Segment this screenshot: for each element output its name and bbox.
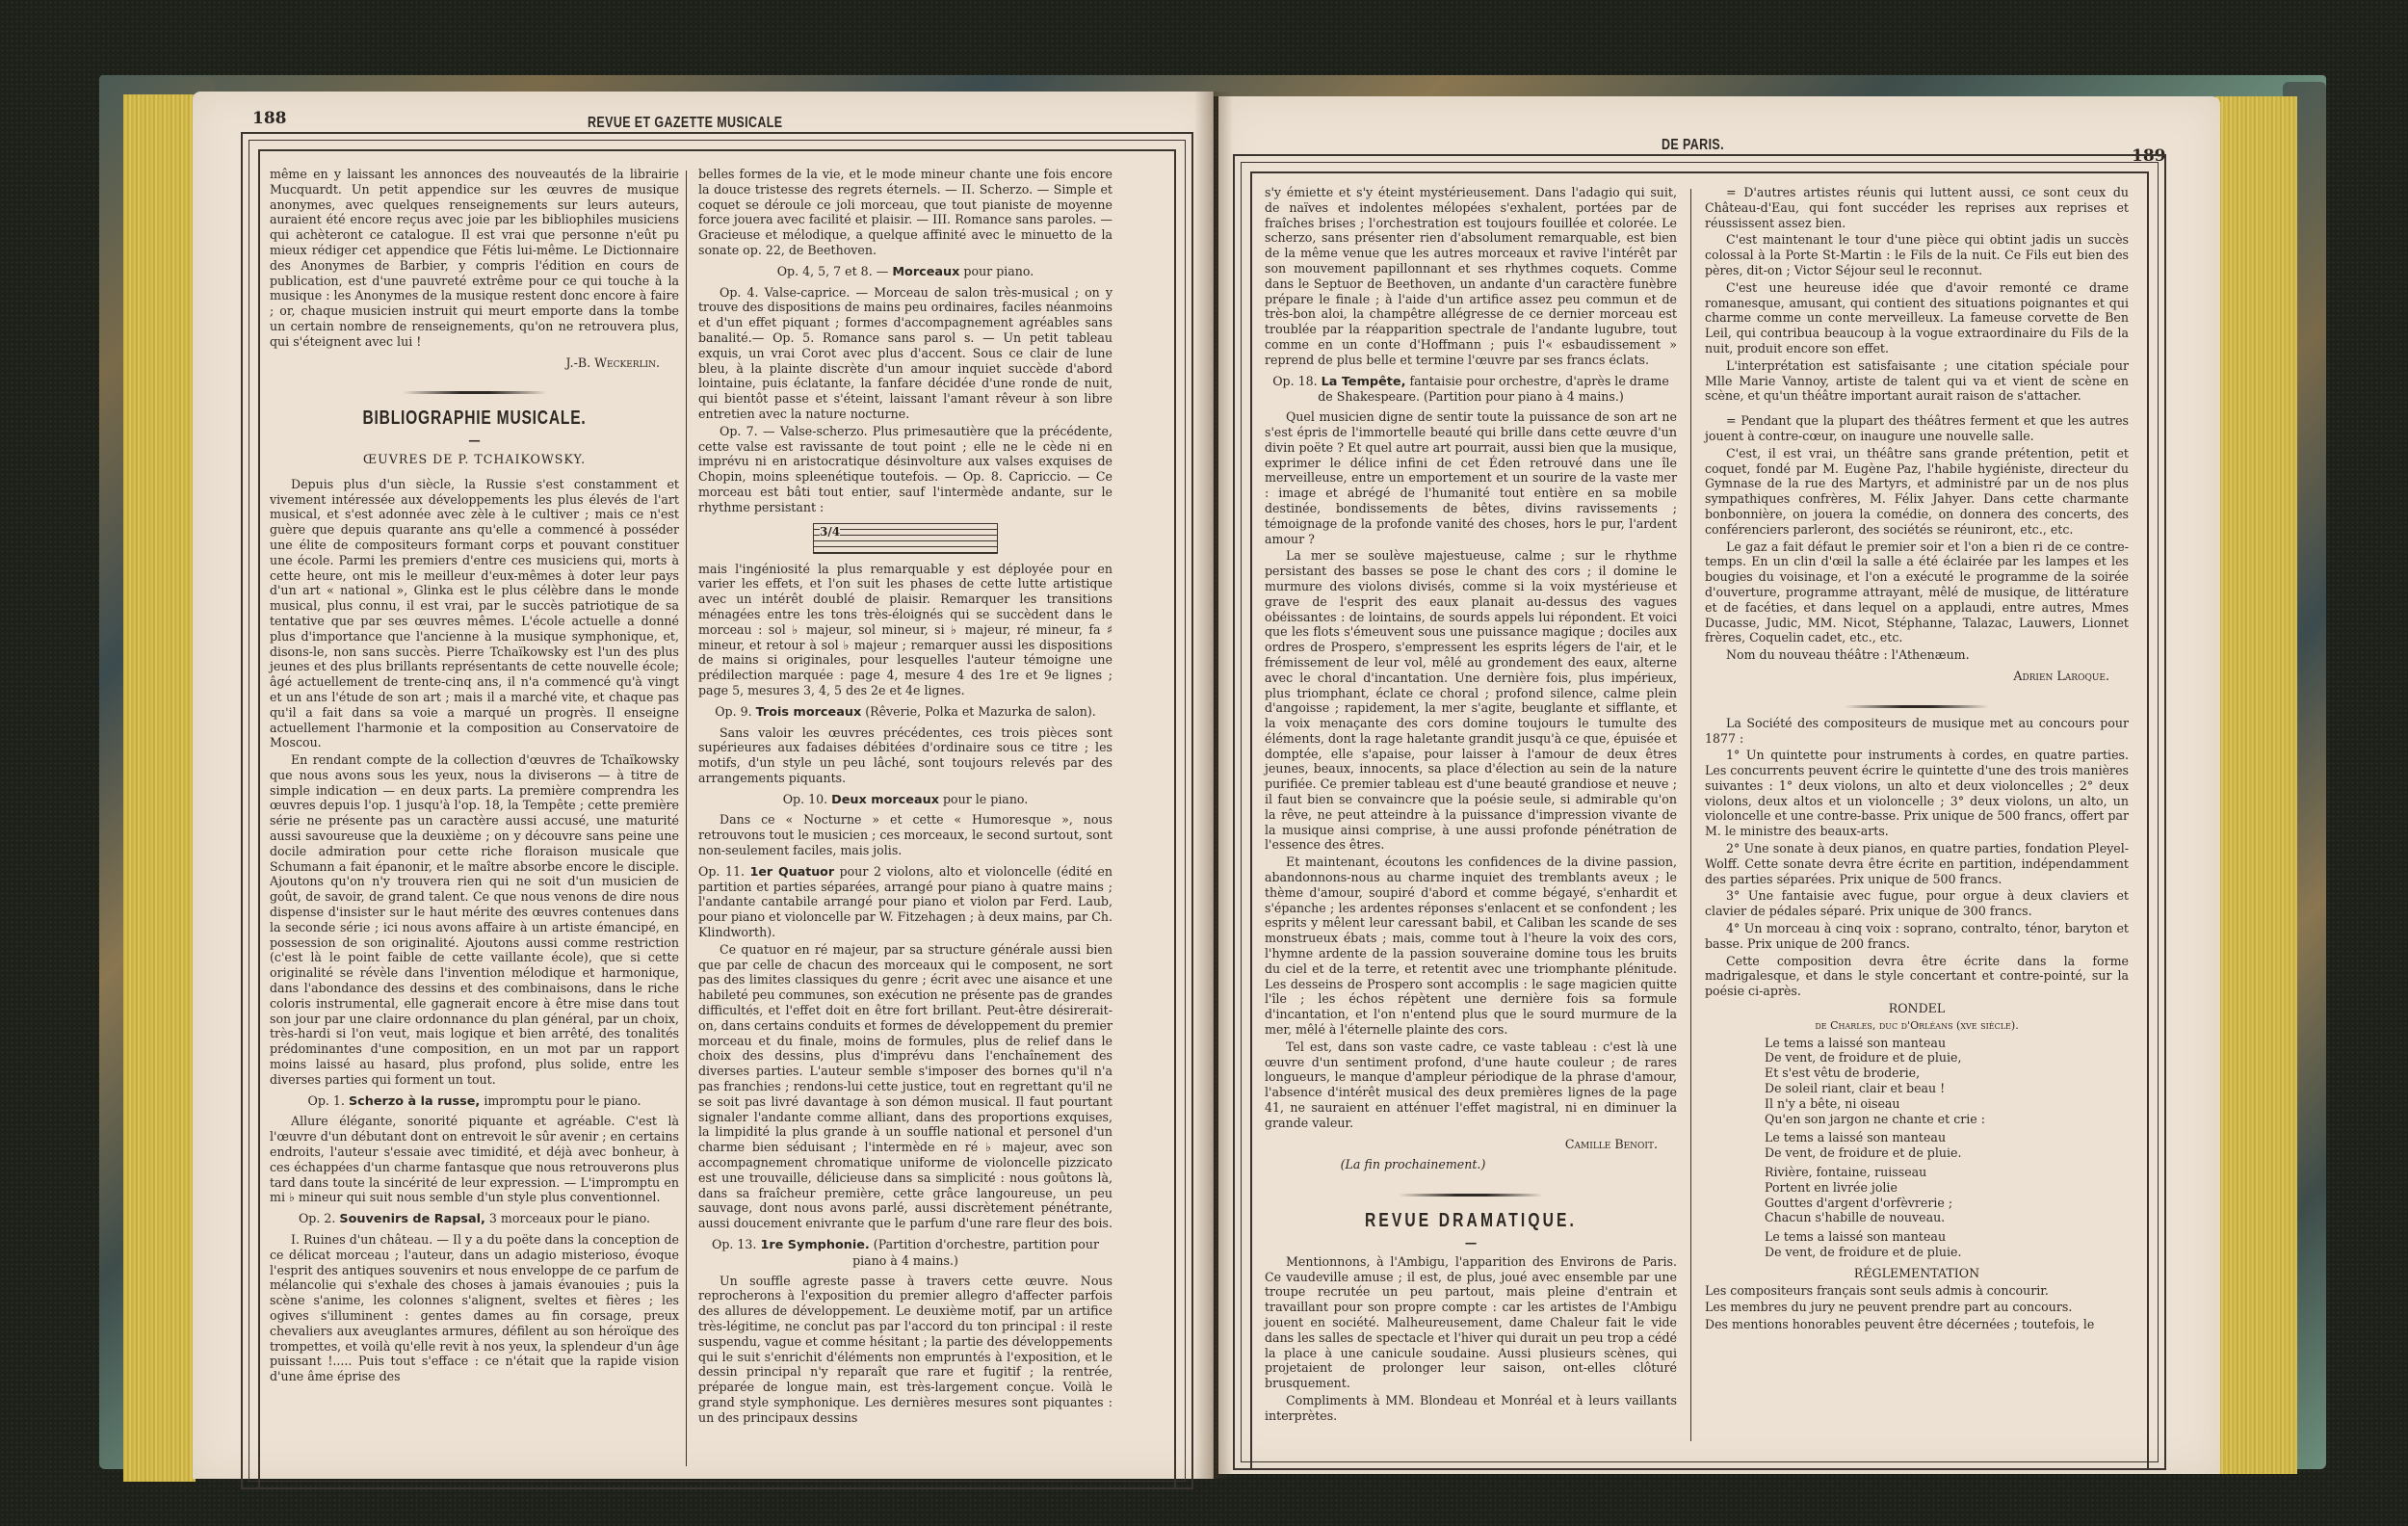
running-head: DE PARIS. — [1662, 137, 1724, 154]
section-rule — [403, 391, 547, 394]
paragraph: mais l'ingéniosité la plus remarquable y… — [698, 562, 1112, 698]
gilt-page-edge-left — [123, 94, 196, 1482]
opus-heading: Op. 9. Trois morceaux (Rêverie, Polka et… — [698, 704, 1112, 721]
paragraph: L'interprétation est satisfaisante ; une… — [1705, 358, 2129, 404]
opus-heading: Op. 2. Souvenirs de Rapsal, 3 morceaux p… — [270, 1211, 679, 1227]
section-heading: RÉGLEMENTATION — [1705, 1266, 2129, 1281]
title-dash: — — [270, 433, 679, 448]
section-rule — [1845, 705, 1989, 708]
section-title: REVUE DRAMATIQUE. — [1310, 1214, 1632, 1229]
column-rule — [686, 171, 687, 1466]
section-rule — [1399, 1194, 1543, 1197]
paragraph: 3° Une fantaisie avec fugue, pour orgue … — [1705, 888, 2129, 919]
poem-stanza: Rivière, fontaine, ruisseau Portent en l… — [1705, 1165, 2129, 1225]
paragraph: belles formes de la vie, et le mode mine… — [698, 167, 1112, 258]
paragraph: Et maintenant, écoutons les confidences … — [1265, 855, 1677, 1038]
signature: J.-B. Weckerlin. — [270, 355, 660, 371]
signature: Camille Benoit. — [1265, 1137, 1658, 1152]
paragraph: = Pendant que la plupart des théâtres fe… — [1705, 413, 2129, 444]
paragraph: Nom du nouveau théâtre : l'Athenæum. — [1705, 647, 2129, 663]
opus-heading: Op. 18. La Tempête, fantaisie pour orche… — [1265, 374, 1677, 406]
column-left-2: belles formes de la vie, et le mode mine… — [698, 167, 1112, 1428]
paragraph: 2° Une sonate à deux pianos, en quatre p… — [1705, 841, 2129, 886]
paragraph: Sans valoir les œuvres précédentes, ces … — [698, 725, 1112, 786]
paragraph: Compliments à MM. Blondeau et Monréal et… — [1265, 1393, 1677, 1424]
paragraph: Un souffle agreste passe à travers cette… — [698, 1274, 1112, 1426]
opus-heading: Op. 13. 1re Symphonie. (Partition d'orch… — [698, 1237, 1112, 1269]
paragraph: Op. 4. Valse-caprice. — Morceau de salon… — [698, 285, 1112, 422]
column-left-1: même en y laissant les annonces des nouv… — [270, 167, 679, 1386]
title-dash: — — [1265, 1235, 1677, 1250]
paragraph: = D'autres artistes réunis qui luttent a… — [1705, 185, 2129, 230]
paragraph: La mer se soulève majestueuse, calme ; s… — [1265, 548, 1677, 853]
paragraph: C'est, il est vrai, un théâtre sans gran… — [1705, 446, 2129, 538]
paragraph: s'y émiette et s'y éteint mystérieusemen… — [1265, 185, 1677, 368]
opus-heading: Op. 4, 5, 7 et 8. — Morceaux pour piano. — [698, 264, 1112, 280]
paragraph: Allure élégante, sonorité piquante et ag… — [270, 1114, 679, 1205]
book-gutter — [1194, 92, 1233, 1479]
paragraph: La Société des compositeurs de musique m… — [1705, 716, 2129, 747]
paragraph: I. Ruines d'un château. — Il y a du poët… — [270, 1232, 679, 1384]
paragraph: Le gaz a fait défaut le premier soir et … — [1705, 539, 2129, 646]
poem-stanza: Le tems a laissé son manteau De vent, de… — [1705, 1130, 2129, 1161]
opus-heading: Op. 10. Deux morceaux pour le piano. — [698, 792, 1112, 808]
paragraph: Cette composition devra être écrite dans… — [1705, 954, 2129, 999]
paragraph: Les compositeurs français sont seuls adm… — [1705, 1283, 2129, 1299]
paragraph: 1° Un quintette pour instruments à corde… — [1705, 748, 2129, 839]
poem-stanza: Le tems a laissé son manteau De vent, de… — [1705, 1036, 2129, 1127]
section-title: BIBLIOGRAPHIE MUSICALE. — [315, 411, 635, 427]
signature: Adrien Laroque. — [1705, 669, 2109, 684]
poem-stanza: Le tems a laissé son manteau De vent, de… — [1705, 1229, 2129, 1260]
paragraph: 4° Un morceau à cinq voix : soprano, con… — [1705, 921, 2129, 952]
paragraph: En rendant compte de la collection d'œuv… — [270, 752, 679, 1088]
paragraph: Op. 7. — Valse-scherzo. Plus primesautiè… — [698, 424, 1112, 515]
paragraph: C'est maintenant le tour d'une pièce qui… — [1705, 232, 2129, 277]
column-right-1: s'y émiette et s'y éteint mystérieusemen… — [1265, 185, 1677, 1426]
paragraph: Ce quatuor en ré majeur, par sa structur… — [698, 942, 1112, 1231]
paragraph: Les membres du jury ne peuvent prendre p… — [1705, 1300, 2129, 1315]
paragraph: même en y laissant les annonces des nouv… — [270, 167, 679, 350]
paragraph: Des mentions honorables peuvent être déc… — [1705, 1317, 2129, 1332]
poem-author: de Charles, duc d'Orléans (xve siècle). — [1705, 1018, 2129, 1034]
music-notation-example: 3/4 — [813, 523, 998, 554]
paragraph: Depuis plus d'un siècle, la Russie s'est… — [270, 477, 679, 750]
opus-heading: Op. 1. Scherzo à la russe, impromptu pou… — [270, 1093, 679, 1110]
right-page: DE PARIS. 189 s'y émiette et s'y éteint … — [1218, 96, 2220, 1474]
paragraph: Mentionnons, à l'Ambigu, l'apparition de… — [1265, 1254, 1677, 1391]
poem-title: RONDEL — [1705, 1001, 2129, 1016]
section-subtitle: ŒUVRES DE P. TCHAIKOWSKY. — [270, 452, 679, 467]
paragraph: Dans ce « Nocturne » et cette « Humoresq… — [698, 812, 1112, 857]
left-page: 188 REVUE ET GAZETTE MUSICALE même en y … — [193, 92, 1214, 1479]
page-number: 188 — [252, 109, 287, 128]
paragraph: C'est une heureuse idée que d'avoir remo… — [1705, 280, 2129, 356]
column-right-2: = D'autres artistes réunis qui luttent a… — [1705, 185, 2129, 1334]
paragraph: Quel musicien digne de sentir toute la p… — [1265, 409, 1677, 546]
column-rule — [1690, 189, 1691, 1441]
opus-heading: Op. 11. 1er Quatuor pour 2 violons, alto… — [698, 864, 1112, 940]
running-head: REVUE ET GAZETTE MUSICALE — [588, 115, 783, 132]
paragraph: Tel est, dans son vaste cadre, ce vaste … — [1265, 1039, 1677, 1131]
gilt-page-edge-right — [2215, 96, 2297, 1474]
